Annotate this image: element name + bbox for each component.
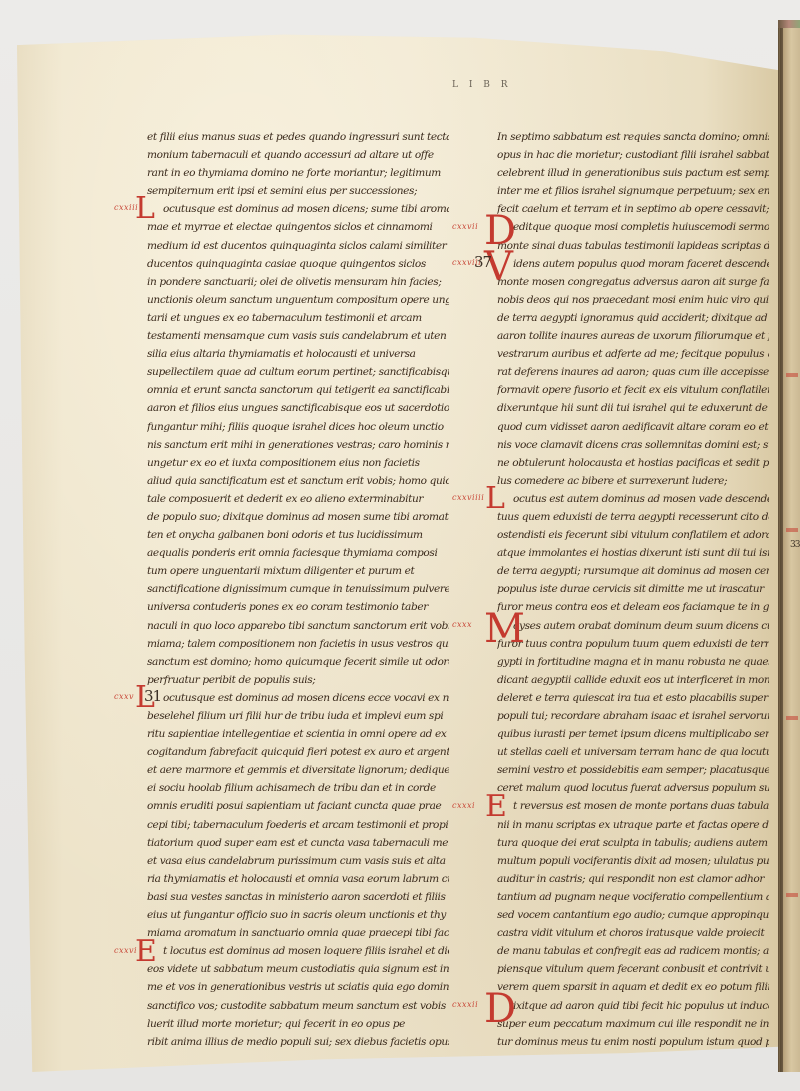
text-line: vestrarum auribus et adferte ad me; feci… (497, 345, 769, 363)
text-line: furor meus contra eos et deleam eos faci… (497, 598, 769, 616)
text-line: supellectilem quae ad cultum eorum perti… (147, 363, 449, 381)
text-line: ribit anima illius de medio populi sui; … (147, 1033, 449, 1051)
text-line: silia eius altaria thymiamatis et holoca… (147, 345, 449, 363)
text-line: castra vidit vitulum et choros iratusque… (497, 924, 769, 942)
text-line: mae et myrrae et electae quingentos sicl… (147, 218, 449, 236)
chapter-number: cxxxii (452, 1000, 478, 1009)
text-line: ten et onycha galbanen boni odoris et tu… (147, 526, 449, 544)
text-line: ut stellas caeli et universam terram han… (497, 743, 769, 761)
text-line: atque immolantes ei hostias dixerunt ist… (497, 544, 769, 562)
text-line: tantium ad pugnam neque vociferatio comp… (497, 888, 769, 906)
text-line: tur dominus meus tu enim nosti populum i… (497, 1033, 769, 1051)
text-line: beselehel filium uri filii hur de tribu … (147, 707, 449, 725)
gutter-line (780, 28, 783, 1072)
text-line: tum opere unguentarii mixtum diligenter … (147, 562, 449, 580)
text-line: eos videte ut sabbatum meum custodiatis … (147, 960, 449, 978)
text-line: tiatorium quod super eam est et cuncta v… (147, 834, 449, 852)
text-line: me et vos in generationibus vestris ut s… (147, 978, 449, 996)
text-line: ria thymiamatis et holocausti et omnia v… (147, 870, 449, 888)
text-line: tarii et ungues ex eo tabernaculum testi… (147, 309, 449, 327)
text-line: sanctum est domino; homo quicumque fecer… (147, 653, 449, 671)
manuscript-viewer: L I B R et filii eius manus suas et pede… (0, 0, 800, 1091)
text-line: luerit illud morte morietur; qui fecerit… (147, 1015, 449, 1033)
text-line: testamenti mensamque cum vasis suis cand… (147, 327, 449, 345)
text-line: nis voce clamavit dicens cras sollemnita… (497, 436, 769, 454)
text-line: aaron tollite inaures aureas de uxorum f… (497, 327, 769, 345)
text-line: fecit caelum et terram et in septimo ab … (497, 200, 769, 218)
text-line: semini vestro et possidebitis eam semper… (497, 761, 769, 779)
marginal-note: 31 (144, 687, 161, 705)
text-line: piensque vitulum quem fecerant conbusit … (497, 960, 769, 978)
text-line: omnia et erunt sancta sanctorum qui teti… (147, 381, 449, 399)
text-line: ritu sapientiae intellegentiae et scient… (147, 725, 449, 743)
text-line: verem quem sparsit in aquam et dedit ex … (497, 978, 769, 996)
text-line: tuus quem eduxisti de terra aegypti rece… (497, 508, 769, 526)
text-line: de terra aegypti ignoramus quid accideri… (497, 309, 769, 327)
text-line: in pondere sanctuarii; olei de olivetis … (147, 273, 449, 291)
text-line: deleret e terra quiescat ira tua et esto… (497, 689, 769, 707)
text-line: et filii eius manus suas et pedes quando… (147, 128, 449, 146)
rubricated-initial: E (135, 937, 157, 967)
text-line: ixitque ad aaron quid tibi fecit hic pop… (497, 997, 769, 1015)
rubricated-initial: D (484, 989, 516, 1029)
text-line: miama aromatum in sanctuario omnia quae … (147, 924, 449, 942)
text-line: nobis deos qui nos praecedant mosi enim … (497, 291, 769, 309)
rubricated-initial: L (485, 484, 505, 514)
text-line: cogitandum fabrefacit quicquid fieri pot… (147, 743, 449, 761)
text-line: basi sua vestes sanctas in ministerio aa… (147, 888, 449, 906)
text-line: In septimo sabbatum est requies sancta d… (497, 128, 769, 146)
text-line: furor tuus contra populum tuum quem edux… (497, 635, 769, 653)
text-line: populus iste durae cervicis sit dimitte … (497, 580, 769, 598)
text-line: fungantur mihi; filiis quoque israhel di… (147, 418, 449, 436)
text-line: ungetur ex eo et iuxta compositionem eiu… (147, 454, 449, 472)
text-line: tura quoque dei erat sculpta in tabulis;… (497, 834, 769, 852)
chapter-number: cxxv (114, 692, 134, 701)
text-line: et vasa eius candelabrum purissimum cum … (147, 852, 449, 870)
text-line: ne obtulerunt holocausta et hostias paci… (497, 454, 769, 472)
running-head: L I B R (452, 80, 512, 90)
text-line: sed vocem cantantium ego audio; cumque a… (497, 906, 769, 924)
facing-page-edge (778, 28, 800, 1072)
chapter-number: cxxvii (452, 222, 478, 231)
text-line: t reversus est mosen de monte portans du… (497, 797, 769, 815)
text-line: quod cum vidisset aaron aedificavit alta… (497, 418, 769, 436)
text-line: ceret malum quod locutus fuerat adversus… (497, 779, 769, 797)
text-line: quibus iurasti per temet ipsum dicens mu… (497, 725, 769, 743)
text-line: universa contuderis pones ex eo coram te… (147, 598, 449, 616)
text-line: eius ut fungantur officio suo in sacris … (147, 906, 449, 924)
text-column-left: et filii eius manus suas et pedes quando… (147, 128, 449, 1051)
text-line: lus comedere ac bibere et surrexerunt lu… (497, 472, 769, 490)
text-line: miama; talem compositionem non facietis … (147, 635, 449, 653)
text-line: nii in manu scriptas ex utraque parte et… (497, 816, 769, 834)
text-line: ocutusque est dominus ad mosen dicens ec… (147, 689, 449, 707)
text-line: nis sanctum erit mihi in generationes ve… (147, 436, 449, 454)
text-line: et aere marmore et gemmis et diversitate… (147, 761, 449, 779)
text-line: perfruatur peribit de populis suis; (147, 671, 449, 689)
chapter-number: cxxx (452, 620, 472, 629)
text-line: sempiternum erit ipsi et semini eius per… (147, 182, 449, 200)
text-line: dicant aegyptii callide eduxit eos ut in… (497, 671, 769, 689)
text-line: aaron et filios eius ungues sanctificabi… (147, 399, 449, 417)
text-line: rat deferens inaures ad aaron; quas cum … (497, 363, 769, 381)
text-line: oyses autem orabat dominum deum suum dic… (497, 617, 769, 635)
text-line: monte sinai duas tabulas testimonii lapi… (497, 237, 769, 255)
text-line: ocutus est autem dominus ad mosen vade d… (497, 490, 769, 508)
text-line: rant in eo thymiama domino ne forte mori… (147, 164, 449, 182)
facing-rubric-mark (786, 373, 798, 377)
text-column-right: In septimo sabbatum est requies sancta d… (497, 128, 769, 1051)
text-line: ducentos quinquaginta casiae quoque quin… (147, 255, 449, 273)
text-line: formavit opere fusorio et fecit ex eis v… (497, 381, 769, 399)
chapter-number: cxxxi (452, 801, 475, 810)
text-line: editque quoque mosi completis huiuscemod… (497, 218, 769, 236)
text-line: populi tui; recordare abraham isaac et i… (497, 707, 769, 725)
text-line: dixeruntque hii sunt dii tui israhel qui… (497, 399, 769, 417)
text-line: monium tabernaculi et quando accessuri a… (147, 146, 449, 164)
text-line: celebrent illud in generationibus suis p… (497, 164, 769, 182)
text-line: idens autem populus quod moram faceret d… (497, 255, 769, 273)
facing-page-note: 33 (790, 540, 799, 550)
text-line: unctionis oleum sanctum unguentum compos… (147, 291, 449, 309)
text-line: sanctificatione dignissimum cumque in te… (147, 580, 449, 598)
text-line: multum populi vociferantis dixit ad mose… (497, 852, 769, 870)
text-line: naculi in quo loco apparebo tibi sanctum… (147, 617, 449, 635)
chapter-number: cxxviiii (452, 493, 484, 502)
text-line: auditur in castris; qui respondit non es… (497, 870, 769, 888)
text-line: opus in hac die morietur; custodiant fil… (497, 146, 769, 164)
text-line: cepi tibi; tabernaculum foederis et arca… (147, 816, 449, 834)
rubricated-initial: E (485, 792, 507, 822)
text-line: ostendisti eis fecerunt sibi vitulum con… (497, 526, 769, 544)
marginal-note: 37 (474, 253, 491, 271)
chapter-number: cxxiii (114, 203, 138, 212)
text-line: ei sociu hoolab filium achisamech de tri… (147, 779, 449, 797)
text-line: monte mosen congregatus adversus aaron a… (497, 273, 769, 291)
text-line: de populo suo; dixitque dominus ad mosen… (147, 508, 449, 526)
text-line: gypti in fortitudine magna et in manu ro… (497, 653, 769, 671)
text-line: de terra aegypti; rursumque ait dominus … (497, 562, 769, 580)
text-line: ocutusque est dominus ad mosen dicens; s… (147, 200, 449, 218)
facing-rubric-mark (786, 716, 798, 720)
text-line: t locutus est dominus ad mosen loquere f… (147, 942, 449, 960)
rubricated-initial: M (484, 609, 525, 649)
text-line: super eum peccatum maximum cui ille resp… (497, 1015, 769, 1033)
facing-rubric-mark (786, 893, 798, 897)
text-line: sanctifico vos; custodite sabbatum meum … (147, 997, 449, 1015)
text-line: aliud quia sanctificatum est et sanctum … (147, 472, 449, 490)
text-line: medium id est ducentos quinquaginta sicl… (147, 237, 449, 255)
chapter-number: cxxvi (114, 946, 137, 955)
text-line: aequalis ponderis erit omnia faciesque t… (147, 544, 449, 562)
text-line: de manu tabulas et confregit eas ad radi… (497, 942, 769, 960)
facing-rubric-mark (786, 528, 798, 532)
text-line: tale composuerit et dederit ex eo alieno… (147, 490, 449, 508)
text-line: inter me et filios israhel signumque per… (497, 182, 769, 200)
text-line: omnis eruditi posui sapientiam ut facian… (147, 797, 449, 815)
